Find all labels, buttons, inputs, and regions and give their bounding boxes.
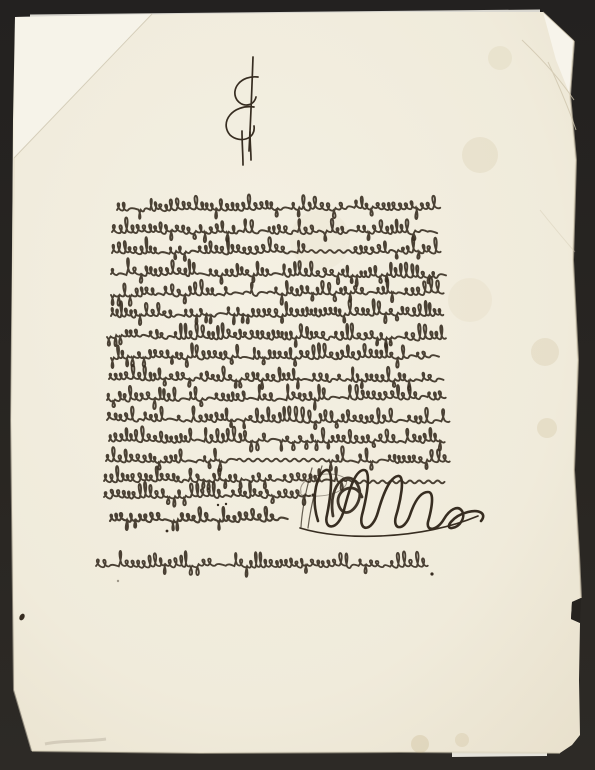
stain (411, 735, 429, 753)
diacritic-dot (225, 503, 227, 505)
stain (488, 46, 512, 70)
stain (531, 338, 559, 366)
period-dot (430, 572, 433, 575)
stain (455, 733, 469, 747)
letter-photograph (0, 0, 595, 770)
stain (462, 137, 498, 173)
dust-speck (117, 580, 119, 582)
stain (448, 278, 492, 322)
diacritic-dot (217, 504, 219, 506)
diacritic-dot (166, 530, 169, 533)
stain (537, 418, 557, 438)
letter-paper (11, 12, 581, 753)
